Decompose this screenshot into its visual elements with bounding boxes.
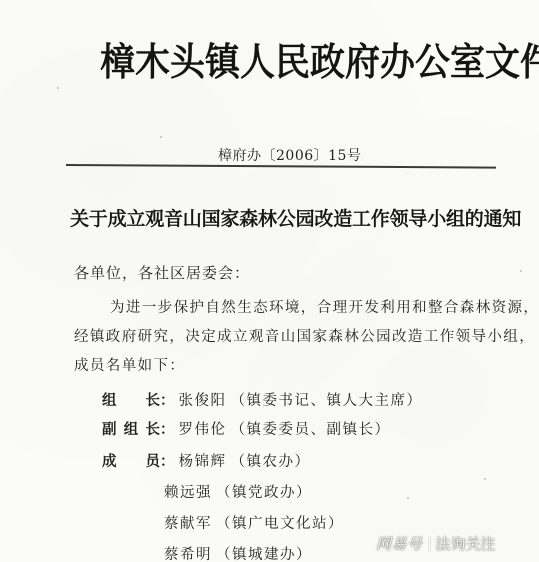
scan-speck: [57, 87, 59, 89]
member-name: 赖远强: [164, 481, 212, 502]
member-name: 杨锦辉: [179, 450, 227, 471]
member-position: （镇农办）: [231, 450, 311, 471]
member-position: （镇城建办）: [216, 543, 312, 562]
salutation: 各单位，各社区居委会：: [74, 262, 250, 283]
role-colon: ：: [160, 418, 175, 439]
member-name: 蔡献军: [164, 512, 212, 533]
body-paragraph-line: 为进一步保护自然生态环境，合理开发利用和整合森林资源，: [110, 296, 539, 317]
role-colon: ：: [160, 389, 175, 410]
member-position: （镇委书记、镇人大主席）: [231, 389, 423, 410]
body-paragraph-line: 成员名单如下：: [74, 354, 185, 375]
member-row-deputy-leader: 副组长 ： 罗伟伦 （镇委委员、副镇长）: [102, 418, 391, 439]
document-number: 樟府办〔2006〕15号: [218, 145, 361, 165]
watermark-account: 法询关注: [436, 533, 496, 554]
watermark-brand: 网易号: [376, 533, 423, 554]
member-name: 张俊阳: [179, 389, 227, 410]
role-label: 成员: [102, 450, 160, 471]
role-label: 副组长: [102, 418, 160, 439]
member-row-member: 赖远强 （镇党政办）: [102, 481, 312, 502]
member-row-leader: 组长 ： 张俊阳 （镇委书记、镇人大主席）: [102, 389, 423, 410]
notice-title: 关于成立观音山国家森林公园改造工作领导小组的通知: [70, 204, 521, 231]
role-colon: ：: [160, 450, 175, 471]
scan-speck: [160, 136, 162, 138]
scanned-document-page: 樟木头镇人民政府办公室文件 樟府办〔2006〕15号 关于成立观音山国家森林公园…: [0, 0, 539, 562]
member-position: （镇广电文化站）: [216, 512, 344, 533]
body-paragraph-line: 经镇政府研究，决定成立观音山国家森林公园改造工作领导小组，: [74, 325, 535, 346]
member-row-member: 成员 ： 杨锦辉 （镇农办）: [102, 450, 311, 471]
member-name: 罗伟伦: [179, 418, 227, 439]
header-divider-line: [66, 164, 496, 169]
platform-watermark: 网易号 法询关注: [376, 533, 496, 554]
scan-speck: [407, 497, 409, 499]
member-position: （镇党政办）: [216, 481, 312, 502]
member-position: （镇委委员、副镇长）: [231, 418, 391, 439]
scan-speck: [520, 270, 522, 272]
watermark-divider: [429, 537, 430, 551]
issuing-office-header: 樟木头镇人民政府办公室文件: [100, 33, 480, 87]
member-row-member: 蔡希明 （镇城建办）: [102, 543, 312, 562]
member-name: 蔡希明: [164, 543, 212, 562]
scan-speck: [484, 478, 486, 480]
role-label: 组长: [102, 389, 160, 410]
member-row-member: 蔡献军 （镇广电文化站）: [102, 512, 344, 533]
